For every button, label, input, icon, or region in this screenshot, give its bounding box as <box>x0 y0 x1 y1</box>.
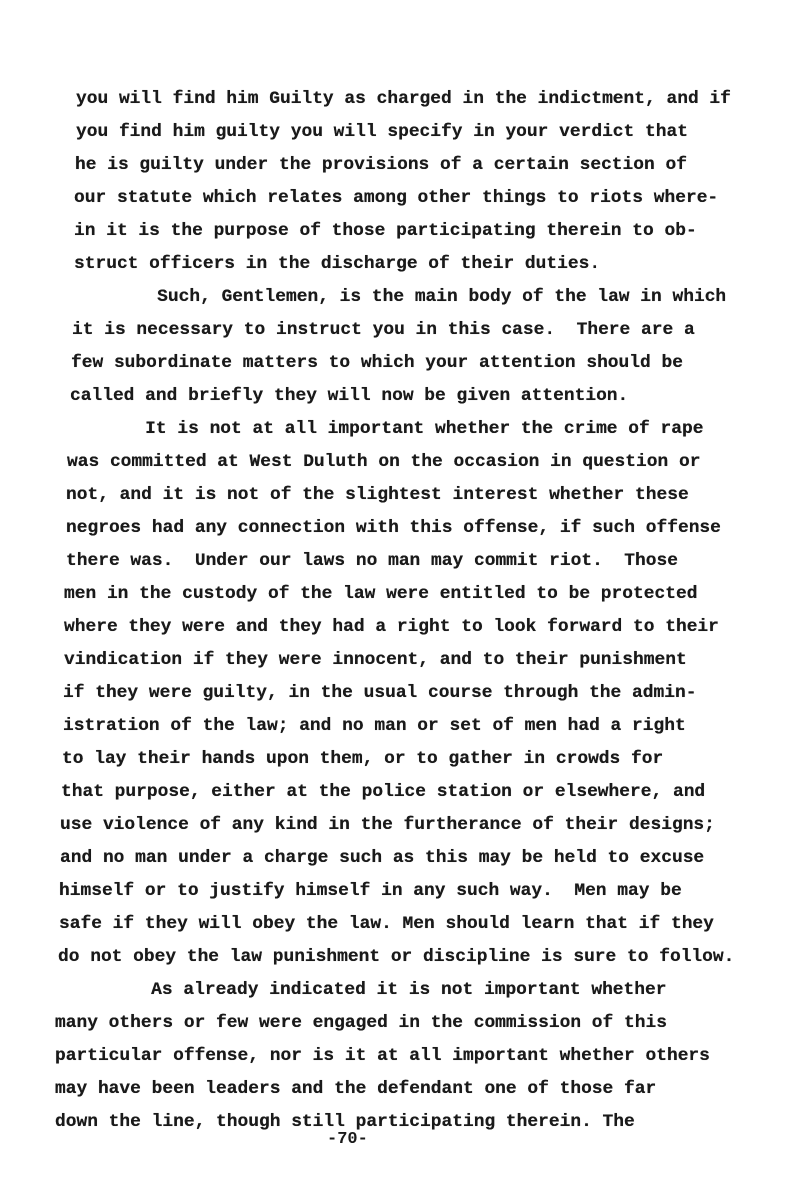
text-line-5: in it is the purpose of those participat… <box>74 221 697 241</box>
text-line-19: if they were guilty, in the usual course… <box>63 683 696 703</box>
text-line-2: you find him guilty you will specify in … <box>76 122 688 142</box>
text-line-23: use violence of any kind in the furthera… <box>60 815 715 835</box>
text-line-9: few subordinate matters to which your at… <box>71 353 683 373</box>
text-line-4: our statute which relates among other th… <box>74 188 718 208</box>
text-line-6: struct officers in the discharge of thei… <box>74 254 600 274</box>
text-line-16: men in the custody of the law were entit… <box>64 584 697 604</box>
text-line-12: was committed at West Duluth on the occa… <box>67 452 700 472</box>
text-line-21: to lay their hands upon them, or to gath… <box>62 749 663 769</box>
text-line-13: not, and it is not of the slightest inte… <box>66 485 689 505</box>
text-line-1: you will find him Guilty as charged in t… <box>76 89 731 109</box>
page-number: -70- <box>327 1130 368 1149</box>
document-page: you will find him Guilty as charged in t… <box>0 0 800 1181</box>
text-line-11: It is not at all important whether the c… <box>70 419 703 439</box>
text-line-24: and no man under a charge such as this m… <box>60 848 704 868</box>
text-line-30: particular offense, nor is it at all imp… <box>55 1046 710 1066</box>
text-line-17: where they were and they had a right to … <box>64 617 719 637</box>
text-line-7: Such, Gentlemen, is the main body of the… <box>82 287 726 307</box>
text-line-32: down the line, though still participatin… <box>55 1112 635 1132</box>
text-line-25: himself or to justify himself in any suc… <box>59 881 682 901</box>
text-line-29: many others or few were engaged in the c… <box>55 1013 667 1033</box>
text-line-31: may have been leaders and the defendant … <box>55 1079 656 1099</box>
text-line-15: there was. Under our laws no man may com… <box>66 551 678 571</box>
text-line-26: safe if they will obey the law. Men shou… <box>59 914 714 934</box>
text-line-18: vindication if they were innocent, and t… <box>64 650 687 670</box>
text-line-27: do not obey the law punishment or discip… <box>58 947 734 967</box>
text-line-3: he is guilty under the provisions of a c… <box>75 155 687 175</box>
text-line-14: negroes had any connection with this off… <box>66 518 721 538</box>
text-line-20: istration of the law; and no man or set … <box>63 716 686 736</box>
text-line-10: called and briefly they will now be give… <box>70 386 628 406</box>
text-line-28: As already indicated it is not important… <box>76 980 667 1000</box>
text-line-22: that purpose, either at the police stati… <box>61 782 705 802</box>
text-line-8: it is necessary to instruct you in this … <box>72 320 695 340</box>
